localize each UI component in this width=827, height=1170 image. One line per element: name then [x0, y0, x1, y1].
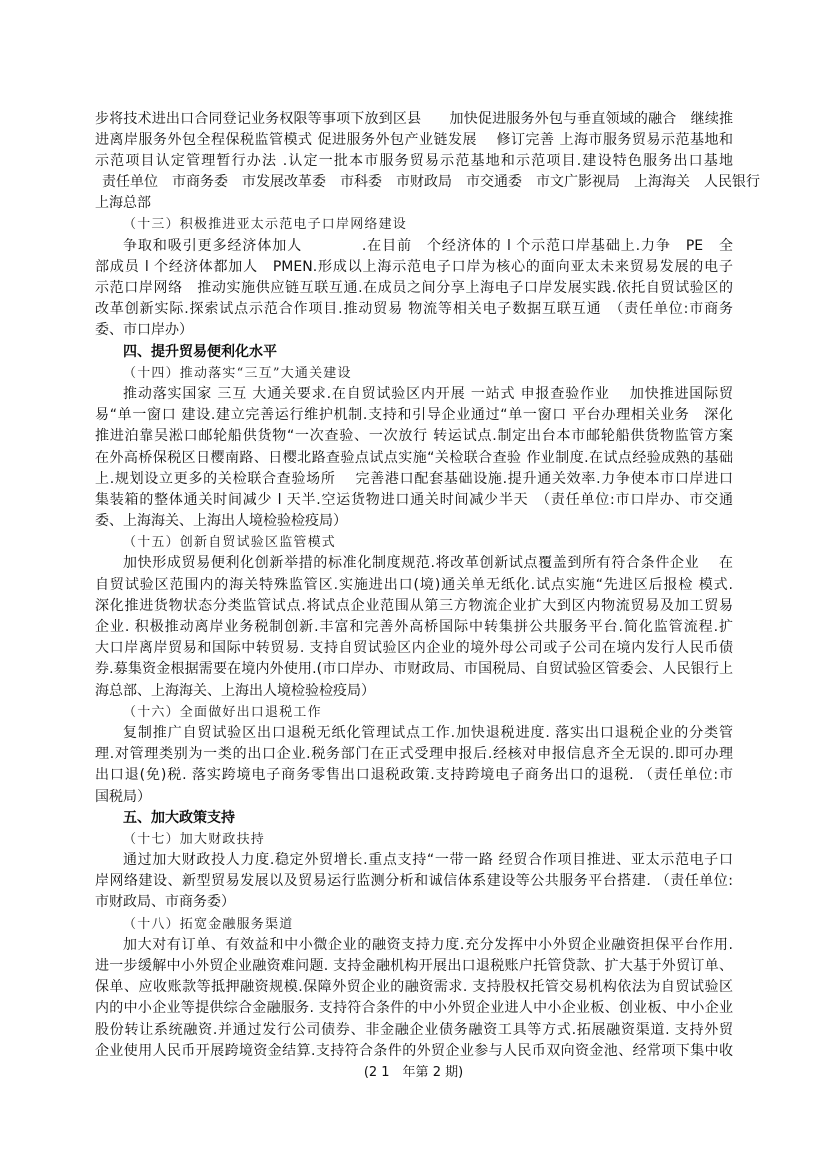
text-line: 争取和吸引更多经济体加人 .在目前 个经济体的 l 个示范口岸基础上.力争 PE… — [95, 236, 733, 257]
text-line: 部成员 l 个经济体都加人 PMEN.形成以上海示范电子口岸为核心的面向亚太未来… — [95, 257, 733, 278]
text-line: 委、上海海关、上海出人境检验检疫局） — [95, 511, 733, 532]
text-line: 加快形成贸易便利化创新举措的标准化制度规范.将改革创新试点覆盖到所有符合条件企业… — [95, 553, 733, 574]
subheading-17: （十七）加大财政扶持 — [95, 829, 733, 850]
text-line: 易“单一窗口 建设.建立完善运行维护机制.支持和引导企业通过“单一窗口 平台办理… — [95, 405, 733, 426]
text-line: 上.规划设立更多的关检联合查验场所 完善港口配套基础设施.提升通关效率.力争使本… — [95, 469, 733, 490]
text-line: 企业. 积极推动离岸业务税制创新.丰富和完善外高桥国际中转集拼公共服务平台.简化… — [95, 617, 733, 638]
text-column: 步将技术进出口合同登记业务权限等事项下放到区县 加快促进服务外包与垂直领域的融合… — [95, 109, 733, 1062]
text-line: 市财政局、市商务委） — [95, 892, 733, 913]
text-line: 进一步缓解中小外贸企业融资难问题. 支持金融机构开展出口退税账户托管贷款、扩大基… — [95, 956, 733, 977]
paragraph-continued: 步将技术进出口合同登记业务权限等事项下放到区县 加快促进服务外包与垂直领域的融合… — [95, 109, 733, 215]
text-line: 岸网络建设、新型贸易发展以及贸易运行监测分析和诚信体系建设等公共服务平台搭建. … — [95, 871, 733, 892]
text-line: 通过加大财政投人力度.稳定外贸增长.重点支持“一带一路 经贸合作项目推进、亚太示… — [95, 850, 733, 871]
text-line: 国税局） — [95, 787, 733, 808]
text-line: 自贸试验区范围内的海关特殊监管区.实施进出口(境)通关单无纸化.试点实施“先进区… — [95, 575, 733, 596]
subheading-13: （十三）积极推进亚太示范电子口岸网络建设 — [95, 214, 733, 235]
text-line: 责任单位 市商务委 市发展改革委 市科委 市财政局 市交通委 市文广影视局 上海… — [95, 172, 733, 193]
text-line: 复制推广自贸试验区出口退税无纸化管理试点工作.加快退税进度. 落实出口退税企业的… — [95, 723, 733, 744]
paragraph-16: 复制推广自贸试验区出口退税无纸化管理试点工作.加快退税进度. 落实出口退税企业的… — [95, 723, 733, 808]
text-line: 深化推进货物状态分类监管试点.将试点企业范围从第三方物流企业扩大到区内物流贸易及… — [95, 596, 733, 617]
text-line: 推进泊靠吴淞口邮轮船供货物“一次查验、一次放行 转运试点.制定出台本市邮轮船供货… — [95, 426, 733, 447]
text-line: 集装箱的整体通关时间减少 l 天半.空运货物进口通关时间减少半天 （责任单位:市… — [95, 490, 733, 511]
text-line: 改革创新实际.探索试点示范合作项目.推动贸易 物流等相关电子数据互联互通 （责任… — [95, 299, 733, 320]
text-line: 大口岸离岸贸易和国际中转贸易. 支持自贸试验区内企业的境外母公司或子公司在境内发… — [95, 638, 733, 659]
text-line: 示范项目认定管理暂行办法 .认定一批本市服务贸易示范基地和示范项目.建设特色服务… — [95, 151, 733, 172]
text-line: 理.对管理类别为一类的出口企业.税务部门在正式受理申报后.经核对申报信息齐全无误… — [95, 744, 733, 765]
document-page: 步将技术进出口合同登记业务权限等事项下放到区县 加快促进服务外包与垂直领域的融合… — [0, 0, 827, 1170]
paragraph-13: 争取和吸引更多经济体加人 .在目前 个经济体的 l 个示范口岸基础上.力争 PE… — [95, 236, 733, 342]
subheading-14: （十四）推动落实“三互”大通关建设 — [95, 363, 733, 384]
text-line: 保单、应收账款等抵押融资规模.保障外贸企业的融资需求. 支持股权托管交易机构依法… — [95, 977, 733, 998]
subheading-16: （十六）全面做好出口退税工作 — [95, 702, 733, 723]
text-line: 进离岸服务外包全程保税监管模式 促进服务外包产业链发展 修订完善 上海市服务贸易… — [95, 130, 733, 151]
subheading-18: （十八）拓宽金融服务渠道 — [95, 914, 733, 935]
issue-footer: (2 1 年第 2 期) — [0, 1062, 827, 1083]
text-line: 股份转让系统融资.并通过发行公司债券、非金融企业债务融资工具等方式.拓展融资渠道… — [95, 1020, 733, 1041]
text-line: 券.募集资金根据需要在境内外使用.(市口岸办、市财政局、市国税局、自贸试验区管委… — [95, 659, 733, 680]
text-line: 示范口岸网络 推动实施供应链互联互通.在成员之间分享上海电子口岸发展实践.依托自… — [95, 278, 733, 299]
paragraph-14: 推动落实国家 三互 大通关要求.在自贸试验区内开展 一站式 申报查验作业 加快推… — [95, 384, 733, 532]
paragraph-17: 通过加大财政投人力度.稳定外贸增长.重点支持“一带一路 经贸合作项目推进、亚太示… — [95, 850, 733, 914]
paragraph-15: 加快形成贸易便利化创新举措的标准化制度规范.将改革创新试点覆盖到所有符合条件企业… — [95, 553, 733, 701]
text-line: 推动落实国家 三互 大通关要求.在自贸试验区内开展 一站式 申报查验作业 加快推… — [95, 384, 733, 405]
text-line: 加大对有订单、有效益和中小微企业的融资支持力度.充分发挥中小外贸企业融资担保平台… — [95, 935, 733, 956]
subheading-15: （十五）创新自贸试验区监管模式 — [95, 532, 733, 553]
section-heading-5: 五、加大政策支持 — [95, 808, 733, 829]
text-line: 海总部、上海海关、上海出人境检验检疫局） — [95, 681, 733, 702]
text-line: 委、市口岸办） — [95, 320, 733, 341]
text-line: 步将技术进出口合同登记业务权限等事项下放到区县 加快促进服务外包与垂直领域的融合… — [95, 109, 733, 130]
paragraph-18: 加大对有订单、有效益和中小微企业的融资支持力度.充分发挥中小外贸企业融资担保平台… — [95, 935, 733, 1062]
text-line: 出口退(免)税. 落实跨境电子商务零售出口退税政策.支持跨境电子商务出口的退税.… — [95, 765, 733, 786]
text-line: 上海总部 — [95, 193, 733, 214]
text-line: 企业使用人民币开展跨境资金结算.支持符合条件的外贸企业参与人民币双向资金池、经常… — [95, 1041, 733, 1062]
section-heading-4: 四、提升贸易便利化水平 — [95, 342, 733, 363]
text-line: 在外高桥保税区日樱南路、日樱北路查验点试点实施“关检联合查验 作业制度.在试点经… — [95, 448, 733, 469]
text-line: 内的中小企业等提供综合金融服务. 支持符合条件的中小外贸企业进人中小企业板、创业… — [95, 998, 733, 1019]
